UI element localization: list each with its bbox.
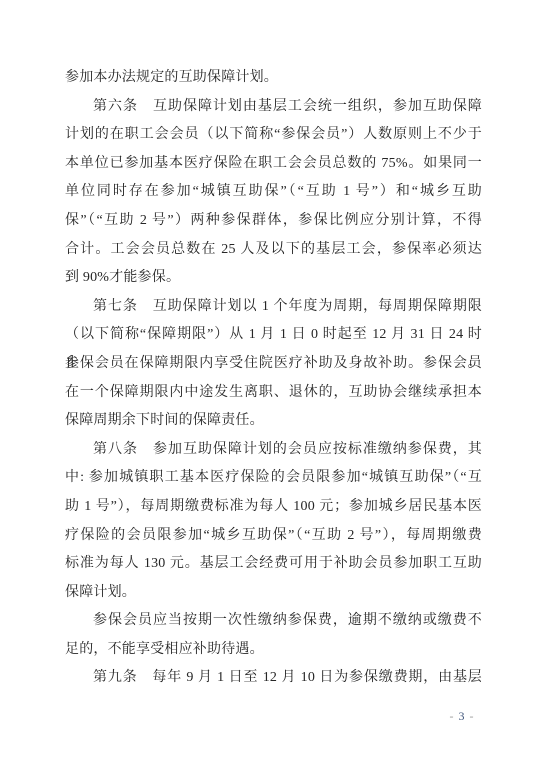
text-line: 第七条 互助保障计划以 1 个年度为周期，每周期保障期限 — [65, 293, 482, 322]
text-line: 助 1 号”），每周期缴费标准为每人 100 元；参加城乡居民基本医 — [65, 493, 482, 522]
text-line: 合计。工会会员总数在 25 人及以下的基层工会，参保率必须达 — [65, 236, 482, 265]
text-line: 在一个保障期限内中途发生离职、退休的，互助协会继续承担本 — [65, 379, 482, 408]
page-number-value: 3 — [455, 709, 470, 723]
text-line: 计划的在职工会会员（以下简称“参保会员”）人数原则上不少于 — [65, 121, 482, 150]
text-line: 保障周期余下时间的保障责任。 — [65, 407, 482, 436]
text-line: 中: 参加城镇职工基本医疗保险的会员限参加“城镇互助保”（“互 — [65, 464, 482, 493]
text-line: 疗保险的会员限参加“城乡互助保”（“互助 2 号”），每周期缴费 — [65, 522, 482, 551]
text-line: 到 90%才能参保。 — [65, 264, 482, 293]
text-line: 本单位已参加基本医疗保险在职工会会员总数的 75%。如果同一 — [65, 150, 482, 179]
text-line: 保障计划。 — [65, 579, 482, 608]
document-body: 参加本办法规定的互助保障计划。第六条 互助保障计划由基层工会统一组织，参加互助保… — [65, 64, 482, 693]
text-line: 第九条 每年 9 月 1 日至 12 月 10 日为参保缴费期，由基层 — [65, 664, 482, 693]
document-page: 参加本办法规定的互助保障计划。第六条 互助保障计划由基层工会统一组织，参加互助保… — [0, 0, 541, 766]
text-line: 参保会员应当按期一次性缴纳参保费，逾期不缴纳或缴费不 — [65, 607, 482, 636]
page-number: -3- — [438, 709, 486, 723]
text-line: 参加本办法规定的互助保障计划。 — [65, 64, 482, 93]
page-number-dash-right: - — [470, 709, 475, 723]
text-line: 保”（“互助 2 号”）两种参保群体，参保比例应分别计算，不得 — [65, 207, 482, 236]
text-line: 第六条 互助保障计划由基层工会统一组织，参加互助保障 — [65, 93, 482, 122]
text-line: 第八条 参加互助保障计划的会员应按标准缴纳参保费，其 — [65, 436, 482, 465]
page-number-dash-left: - — [450, 709, 455, 723]
text-line: 足的，不能享受相应补助待遇。 — [65, 636, 482, 665]
text-line: （以下简称“保障期限”）从 1 月 1 日 0 时起至 12 月 31 日 24… — [65, 321, 482, 350]
text-line: 单位同时存在参加“城镇互助保”（“互助 1 号”）和“城乡互助 — [65, 178, 482, 207]
text-line: 标准为每人 130 元。基层工会经费可用于补助会员参加职工互助 — [65, 550, 482, 579]
text-line: 参保会员在保障期限内享受住院医疗补助及身故补助。参保会员 — [65, 350, 482, 379]
